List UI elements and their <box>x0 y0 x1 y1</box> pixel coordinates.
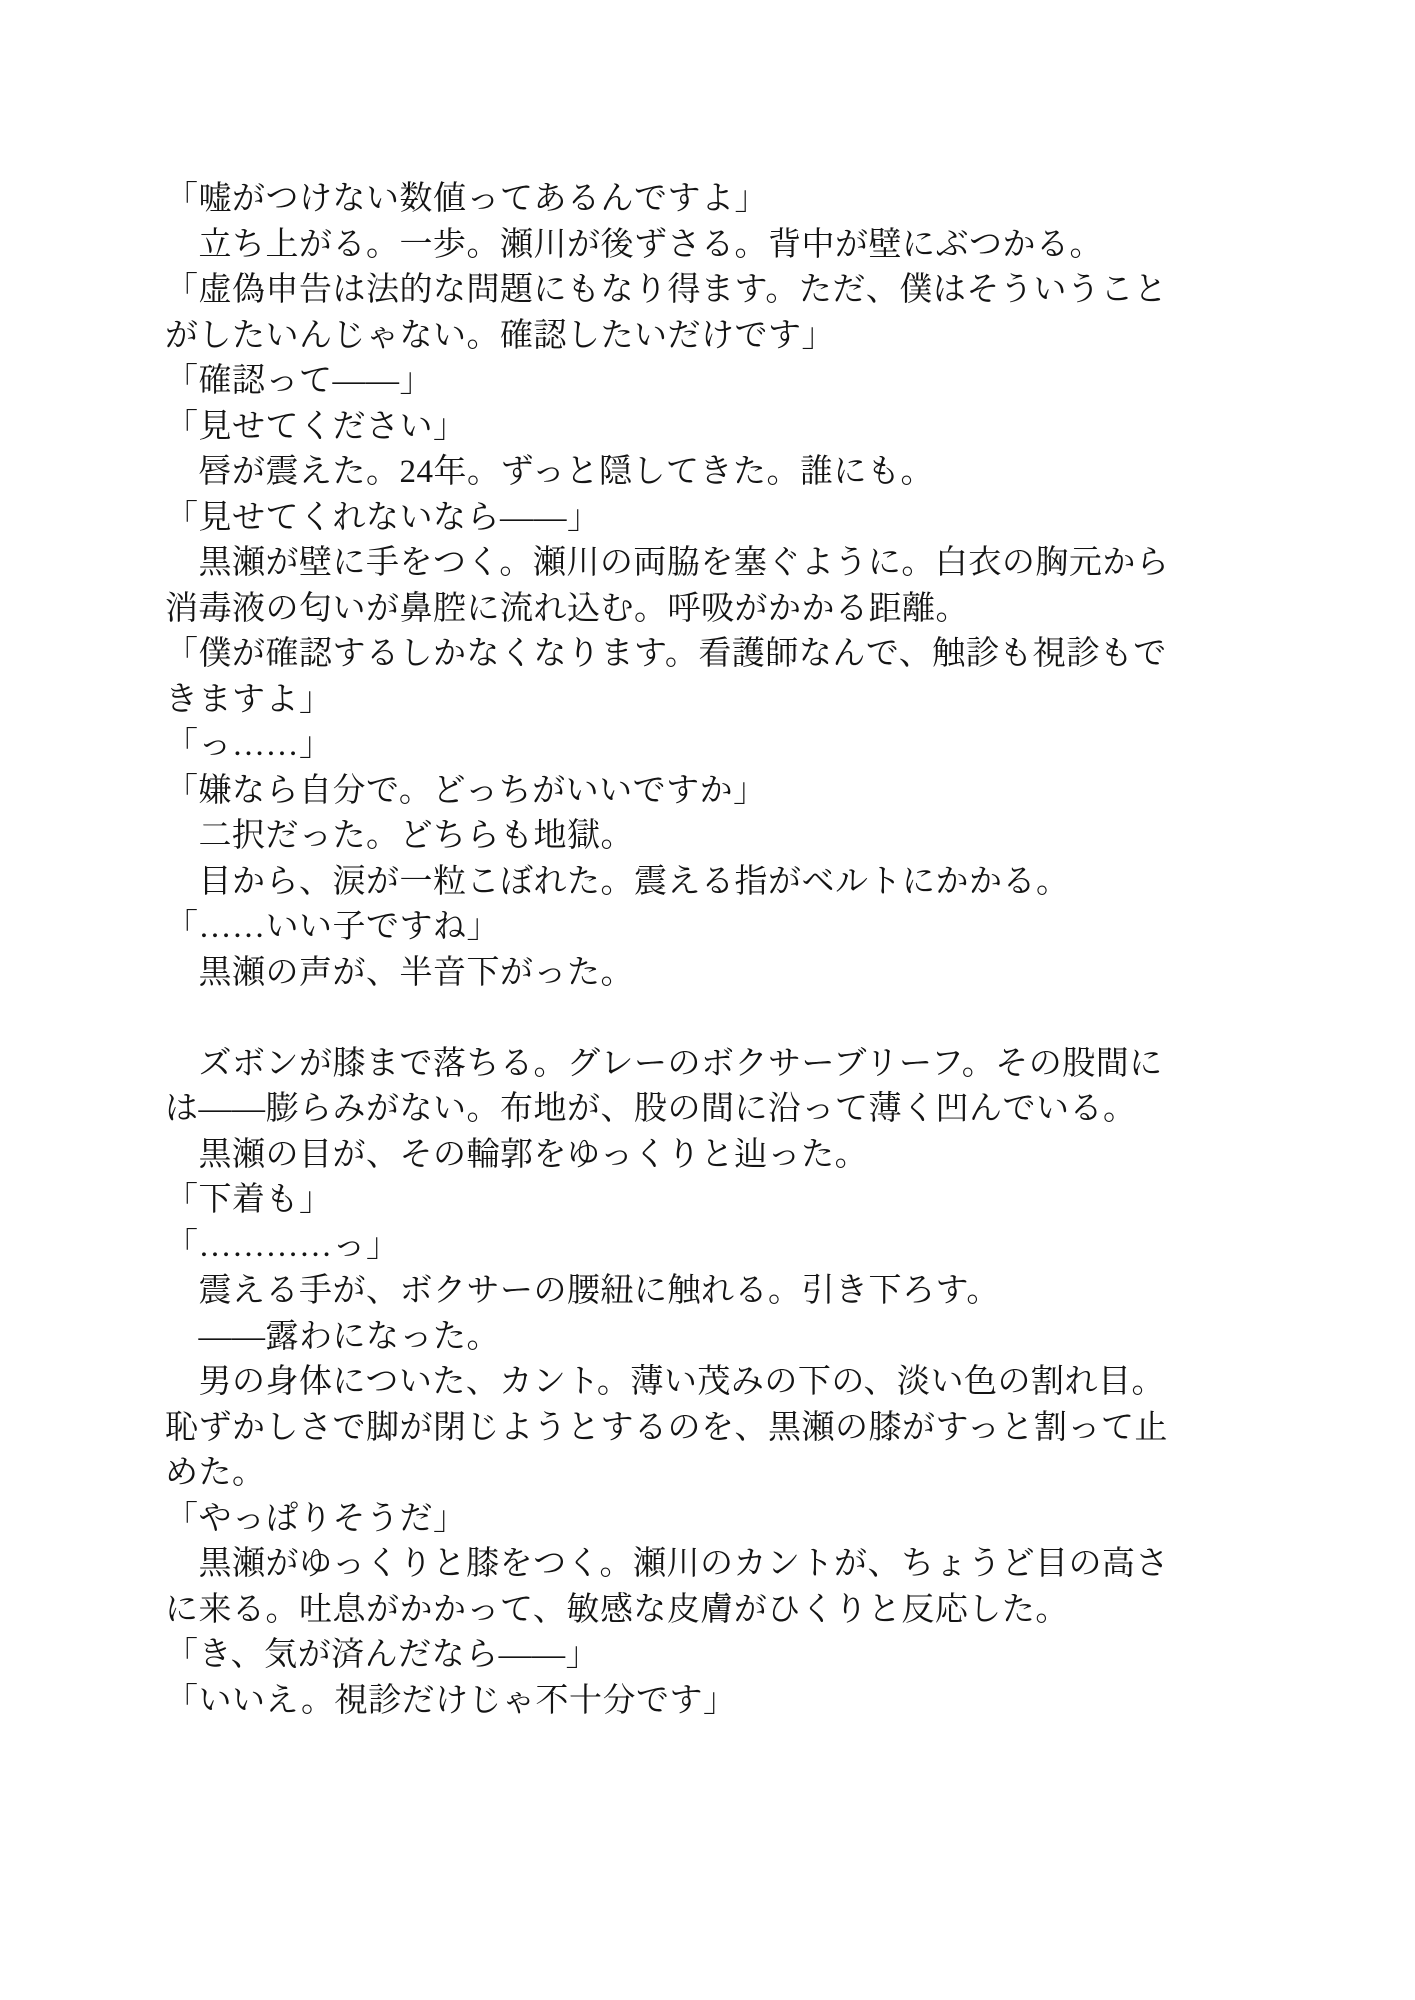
text-line: に来る。吐息がかかって、敏感な皮膚がひくりと反応した。 <box>165 1588 1170 1634</box>
text-line: 「き、気が済んだなら――」 <box>165 1633 1170 1679</box>
text-line: 「僕が確認するしかなくなります。看護師なんで、触診も視診もで <box>165 632 1170 678</box>
text-line: 「嫌なら自分で。どっちがいいですか」 <box>165 769 1170 815</box>
text-line: 黒瀬が壁に手をつく。瀬川の両脇を塞ぐように。白衣の胸元から <box>165 541 1170 587</box>
text-line: 「いいえ。視診だけじゃ不十分です」 <box>165 1679 1170 1725</box>
text-line: 「…………っ」 <box>165 1224 1170 1270</box>
text-line: がしたいんじゃない。確認したいだけです」 <box>165 314 1170 360</box>
text-line: 二択だった。どちらも地獄。 <box>165 814 1170 860</box>
text-line: ――露わになった。 <box>165 1315 1170 1361</box>
page-text: 「嘘がつけない数値ってあるんですよ」 立ち上がる。一歩。瀬川が後ずさる。背中が壁… <box>165 177 1170 1724</box>
text-line: 恥ずかしさで脚が閉じようとするのを、黒瀬の膝がすっと割って止 <box>165 1406 1170 1452</box>
text-line: 「虚偽申告は法的な問題にもなり得ます。ただ、僕はそういうこと <box>165 268 1170 314</box>
text-line: 震える手が、ボクサーの腰紐に触れる。引き下ろす。 <box>165 1269 1170 1315</box>
text-line: 黒瀬がゆっくりと膝をつく。瀬川のカントが、ちょうど目の高さ <box>165 1542 1170 1588</box>
text-line: 「確認って――」 <box>165 359 1170 405</box>
text-line: 消毒液の匂いが鼻腔に流れ込む。呼吸がかかる距離。 <box>165 587 1170 633</box>
text-line: 黒瀬の声が、半音下がった。 <box>165 951 1170 997</box>
text-line: 「見せてください」 <box>165 405 1170 451</box>
blank-line <box>165 996 1170 1042</box>
text-line: 目から、涙が一粒こぼれた。震える指がベルトにかかる。 <box>165 860 1170 906</box>
text-line: ズボンが膝まで落ちる。グレーのボクサーブリーフ。その股間に <box>165 1042 1170 1088</box>
text-line: 「嘘がつけない数値ってあるんですよ」 <box>165 177 1170 223</box>
document-page: 「嘘がつけない数値ってあるんですよ」 立ち上がる。一歩。瀬川が後ずさる。背中が壁… <box>0 0 1415 2000</box>
text-line: 男の身体についた、カント。薄い茂みの下の、淡い色の割れ目。 <box>165 1360 1170 1406</box>
text-line: きますよ」 <box>165 678 1170 724</box>
text-line: 立ち上がる。一歩。瀬川が後ずさる。背中が壁にぶつかる。 <box>165 223 1170 269</box>
text-line: 「っ……」 <box>165 723 1170 769</box>
text-line: 「見せてくれないなら――」 <box>165 496 1170 542</box>
text-line: 「やっぱりそうだ」 <box>165 1497 1170 1543</box>
text-line: 黒瀬の目が、その輪郭をゆっくりと辿った。 <box>165 1133 1170 1179</box>
text-line: は――膨らみがない。布地が、股の間に沿って薄く凹んでいる。 <box>165 1087 1170 1133</box>
text-line: 「……いい子ですね」 <box>165 905 1170 951</box>
text-line: 「下着も」 <box>165 1178 1170 1224</box>
text-line: めた。 <box>165 1451 1170 1497</box>
text-line: 唇が震えた。24年。ずっと隠してきた。誰にも。 <box>165 450 1170 496</box>
